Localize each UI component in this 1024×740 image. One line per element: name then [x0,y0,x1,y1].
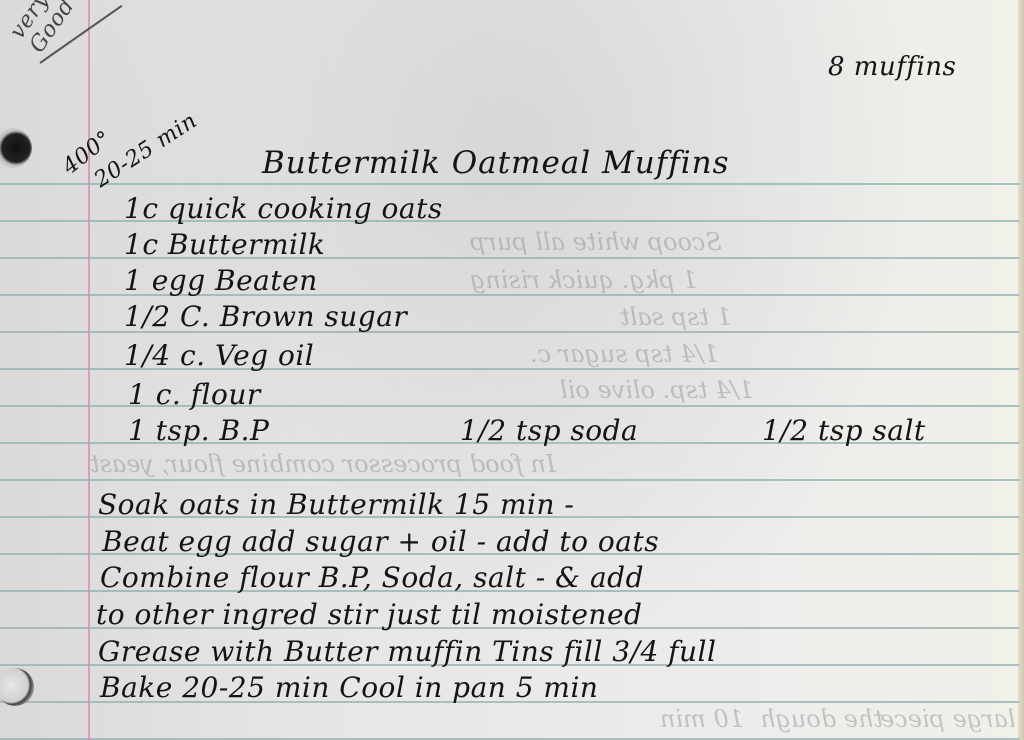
rule-line [0,183,1020,185]
ingredient-item: 1c quick cooking oats [124,192,443,225]
bleed-through-text: Scoop white all purp [470,228,722,256]
bleed-through-text: In food processor combine flour, yeast [90,450,555,478]
ingredient-item: 1/2 tsp soda [460,414,638,447]
direction-step: Combine flour B.P, Soda, salt - & add [100,561,644,594]
direction-step: Grease with Butter muffin Tins fill 3/4 … [98,635,716,668]
direction-step: Bake 20-25 min Cool in pan 5 min [100,671,598,704]
yield-note: 8 muffins [828,52,956,82]
rule-line [0,479,1020,481]
bleed-through-text: the dough [760,705,883,733]
ingredient-item: 1 c. flour [128,378,261,411]
ingredient-item: 1 egg Beaten [124,264,318,297]
recipe-title: Buttermilk Oatmeal Muffins [262,145,729,181]
ingredient-item: 1/4 c. Veg oil [124,339,314,372]
bleed-through-text: 1/4 tsp sugar c. [530,340,719,368]
ingredient-item: 1/2 tsp salt [762,414,926,447]
direction-step: Soak oats in Buttermilk 15 min - [98,488,574,521]
ingredient-item: 1 tsp. B.P [128,414,269,447]
ingredient-item: 1/2 C. Brown sugar [124,300,407,333]
margin-line [88,0,90,740]
ingredient-item: 1c Buttermilk [124,228,325,261]
bleed-through-text: 10 min [660,705,744,733]
direction-step: Beat egg add sugar + oil - add to oats [102,525,659,558]
bleed-through-text: 1 pkg. quick rising [470,266,698,294]
bleed-through-text: 1/4 tsp. olive oil [560,376,754,404]
direction-step: to other ingred stir just til moistened [96,598,642,631]
bleed-through-text: 1 tsp salt [620,303,732,331]
recipe-page: Scoop white all purp 1 pkg. quick rising… [0,0,1024,740]
bleed-through-text: large piece [880,705,1016,733]
rule-line [0,738,1020,740]
